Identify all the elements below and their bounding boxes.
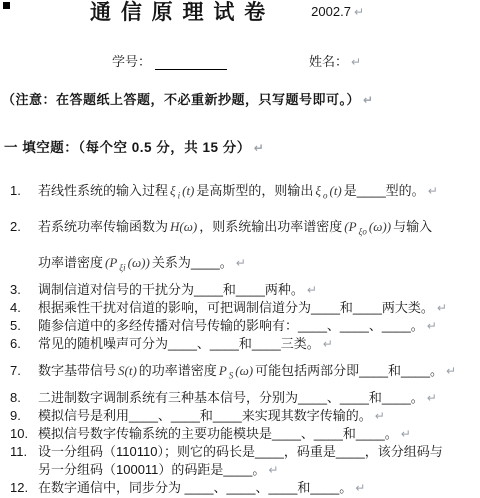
question-run: 的功率谱密度 xyxy=(139,363,217,378)
question-text: 根据乘性干扰对信道的影响，可把调制信道分为____和____两大类。↵ xyxy=(38,299,480,317)
formula-run: ξi xyxy=(119,263,125,273)
question-item: 7.数字基带信号S(t)的功率谱密度PS(ω)可能包括两部分即____和____… xyxy=(0,353,480,389)
paragraph-mark: ↵ xyxy=(323,337,333,351)
question-number: 1. xyxy=(10,173,38,209)
formula-run: (ω)) xyxy=(369,219,391,234)
question-run: 模拟信号是利用____、____和____来实现其数字传输的。 xyxy=(38,408,372,423)
question-run: 与输入 xyxy=(393,219,432,234)
question-number: 2. xyxy=(10,209,38,281)
corner-mark xyxy=(3,2,10,9)
formula-run: (ω)) xyxy=(128,255,150,270)
paragraph-mark: ↵ xyxy=(351,55,361,69)
question-run: 随参信道中的多经传播对信号传输的影响有：____、____、____。 xyxy=(38,318,424,333)
question-run: ，则系统输出功率谱密度 xyxy=(199,219,342,234)
question-run: 模拟信号数字传输系统的主要功能模块是____、____和____。 xyxy=(38,426,398,441)
question-item: 1.若线性系统的输入过程ξi(t)是高斯型的，则输出ξo(t)是____型的。↵ xyxy=(0,173,480,209)
question-text: 调制信道对信号的干扰分为____和____两种。↵ xyxy=(38,281,480,299)
question-item: 6.常见的随机噪声可分为____、____和____三类。↵ xyxy=(0,335,480,353)
question-run: 若系统功率传输函数为 xyxy=(38,219,168,234)
fill-in-list: 1.若线性系统的输入过程ξi(t)是高斯型的，则输出ξo(t)是____型的。↵… xyxy=(0,173,480,497)
question-number: 9. xyxy=(10,407,38,425)
formula-run: ξ xyxy=(170,183,176,198)
formula-run: ξo xyxy=(359,227,367,237)
question-run: 调制信道对信号的干扰分为____和____两种。 xyxy=(38,282,304,297)
question-text: 设一分组码（110110）；则它的码长是____，码重是____，该分组码与另一… xyxy=(38,443,480,479)
question-number: 4. xyxy=(10,299,38,317)
question-item: 9.模拟信号是利用____、____和____来实现其数字传输的。↵ xyxy=(0,407,480,425)
question-run: 设一分组码（110110）；则它的码长是____，码重是____，该分组码与 xyxy=(38,444,443,459)
formula-run: (t) xyxy=(329,183,341,198)
question-item: 12.在数字通信中，同步分为 ____、____、____和____。↵ xyxy=(0,479,480,497)
formula-run: o xyxy=(323,191,328,201)
formula-run: S(t) xyxy=(118,363,137,378)
question-item: 5.随参信道中的多经传播对信号传输的影响有：____、____、____。↵ xyxy=(0,317,480,335)
question-text: 模拟信号是利用____、____和____来实现其数字传输的。↵ xyxy=(38,407,480,425)
question-number: 11. xyxy=(10,443,38,479)
question-run: 根据乘性干扰对信道的影响，可把调制信道分为____和____两大类。 xyxy=(38,300,434,315)
question-item: 8.二进制数字调制系统有三种基本信号，分别为____、____和____。↵ xyxy=(0,389,480,407)
question-number: 8. xyxy=(10,389,38,407)
question-item: 3.调制信道对信号的干扰分为____和____两种。↵ xyxy=(0,281,480,299)
exam-paper-page: { "page": { "title": "通 信 原 理 试 卷", "dat… xyxy=(0,0,480,498)
question-text: 二进制数字调制系统有三种基本信号，分别为____、____和____。↵ xyxy=(38,389,480,407)
question-number: 6. xyxy=(10,335,38,353)
question-run: 关系为____。 xyxy=(152,255,233,270)
paragraph-mark: ↵ xyxy=(254,141,265,155)
question-number: 5. xyxy=(10,317,38,335)
question-text: 模拟信号数字传输系统的主要功能模块是____、____和____。↵ xyxy=(38,425,480,443)
question-run: 在数字通信中，同步分为 ____、____、____和____。 xyxy=(38,480,352,495)
question-text: 在数字通信中，同步分为 ____、____、____和____。↵ xyxy=(38,479,480,497)
question-number: 10. xyxy=(10,425,38,443)
question-text: 若系统功率传输函数为H(ω)，则系统输出功率谱密度(Pξo(ω))与输入功率谱密… xyxy=(38,209,480,281)
question-run: 若线性系统的输入过程 xyxy=(38,183,168,198)
question-item: 4.根据乘性干扰对信道的影响，可把调制信道分为____和____两大类。↵ xyxy=(0,299,480,317)
paragraph-mark: ↵ xyxy=(437,301,447,315)
formula-run: (P xyxy=(344,219,356,234)
question-item: 2.若系统功率传输函数为H(ω)，则系统输出功率谱密度(Pξo(ω))与输入功率… xyxy=(0,209,480,281)
question-run: 是高斯型的，则输出 xyxy=(196,183,313,198)
question-item: 11.设一分组码（110110）；则它的码长是____，码重是____，该分组码… xyxy=(0,443,480,479)
question-run: 常见的随机噪声可分为____、____和____三类。 xyxy=(38,336,320,351)
question-text: 常见的随机噪声可分为____、____和____三类。↵ xyxy=(38,335,480,353)
formula-run: H(ω) xyxy=(170,219,197,234)
question-number: 12. xyxy=(10,479,38,497)
formula-run: (ω) xyxy=(235,363,253,378)
name-label: 姓名： xyxy=(309,54,348,69)
formula-run: (t) xyxy=(182,183,194,198)
paragraph-mark: ↵ xyxy=(354,5,364,19)
notice-body: （注意：在答题纸上答题，不必重新抄题，只写题号即可。） xyxy=(2,92,360,107)
formula-run: ξ xyxy=(315,183,321,198)
question-run: 功率谱密度 xyxy=(38,255,103,270)
question-text: 随参信道中的多经传播对信号传输的影响有：____、____、____。↵ xyxy=(38,317,480,335)
exam-date-text: 2002.7 xyxy=(311,4,351,19)
question-run: 数字基带信号 xyxy=(38,363,116,378)
section-heading-text: 一 填空题：（每个空 0.5 分，共 15 分） xyxy=(4,140,251,155)
paragraph-mark: ↵ xyxy=(427,319,437,333)
paragraph-mark: ↵ xyxy=(307,283,317,297)
question-run: 二进制数字调制系统有三种基本信号，分别为____、____和____。 xyxy=(38,390,424,405)
student-id-blank xyxy=(155,56,227,70)
paragraph-mark: ↵ xyxy=(355,481,365,495)
formula-run: i xyxy=(178,191,181,201)
notice-text: （注意：在答题纸上答题，不必重新抄题，只写题号即可。）↵ xyxy=(0,89,480,108)
exam-title: 通 信 原 理 试 卷 xyxy=(90,0,267,26)
student-id-label: 学号： xyxy=(112,54,151,69)
question-number: 7. xyxy=(10,353,38,389)
student-info-row: 学号：姓名：↵ xyxy=(0,51,480,70)
paragraph-mark: ↵ xyxy=(236,256,246,270)
title-row: 通 信 原 理 试 卷 2002.7↵ xyxy=(0,0,480,26)
paragraph-mark: ↵ xyxy=(268,463,278,477)
question-number: 3. xyxy=(10,281,38,299)
question-text: 若线性系统的输入过程ξi(t)是高斯型的，则输出ξo(t)是____型的。↵ xyxy=(38,173,480,209)
question-run: 是____型的。 xyxy=(344,183,425,198)
paragraph-mark: ↵ xyxy=(375,409,385,423)
paragraph-mark: ↵ xyxy=(363,93,374,107)
formula-run: (P xyxy=(105,255,117,270)
question-item: 10.模拟信号数字传输系统的主要功能模块是____、____和____。↵ xyxy=(0,425,480,443)
question-text: 数字基带信号S(t)的功率谱密度PS(ω)可能包括两部分即____和____。↵ xyxy=(38,353,480,389)
section-heading: 一 填空题：（每个空 0.5 分，共 15 分）↵ xyxy=(0,136,480,156)
paragraph-mark: ↵ xyxy=(428,184,438,198)
paragraph-mark: ↵ xyxy=(446,364,456,378)
paragraph-mark: ↵ xyxy=(401,427,411,441)
formula-run: P xyxy=(219,363,227,378)
paragraph-mark: ↵ xyxy=(427,391,437,405)
formula-run: S xyxy=(229,371,234,381)
question-run: 可能包括两部分即____和____。 xyxy=(255,363,443,378)
exam-date: 2002.7↵ xyxy=(311,4,364,19)
question-run: 另一分组码（100011）的码距是____。 xyxy=(38,462,265,477)
